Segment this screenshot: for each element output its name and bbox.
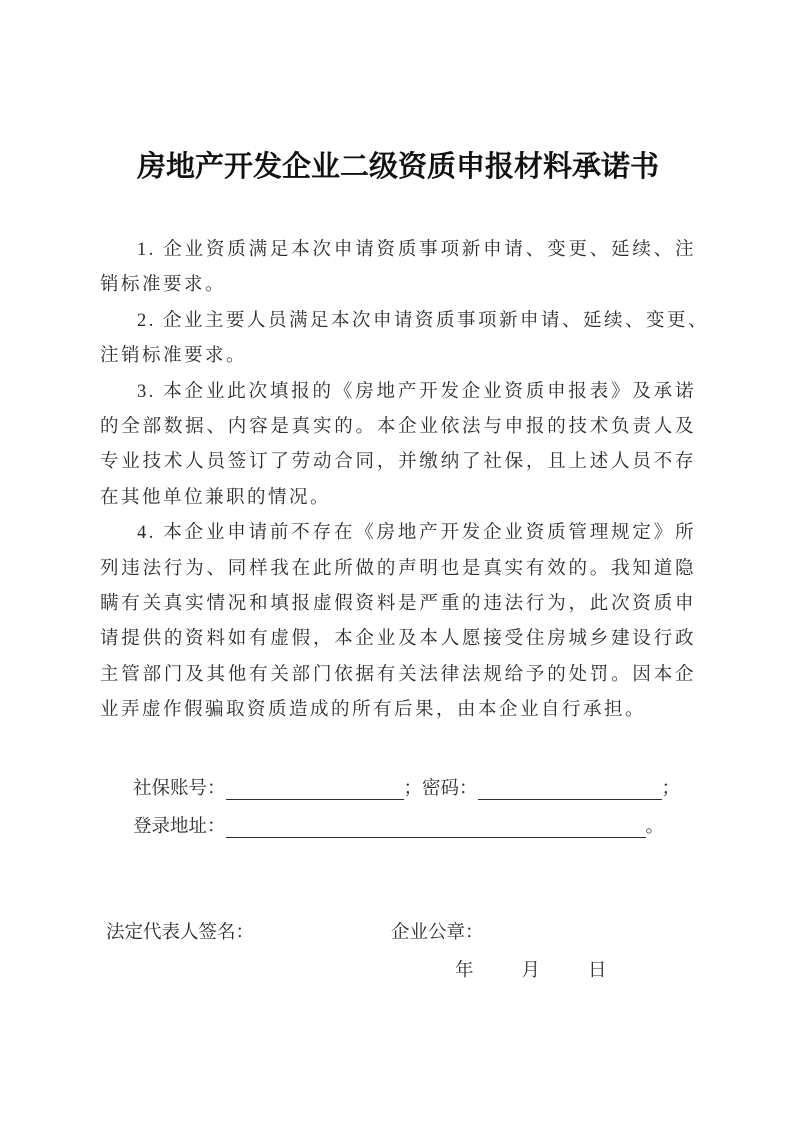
paragraph-1-line-2: 销标准要求。: [100, 268, 696, 303]
separator-semicolon-2: ；: [662, 779, 681, 799]
paragraph-3-line-4: 在其他单位兼职的情况。: [100, 481, 696, 516]
credentials-line-1: 社保账号：；密码：；: [100, 770, 696, 808]
paragraph-3: 3. 本企业此次填报的《房地产开发企业资质申报表》及承诺 的全部数据、内容是真实…: [100, 375, 696, 517]
paragraph-3-line-2: 的全部数据、内容是真实的。本企业依法与申报的技术负责人及: [100, 410, 696, 445]
paragraph-4-line-6: 业弄虚作假骗取资质造成的所有后果，由本企业自行承担。: [100, 693, 696, 728]
company-seal-label: 企业公章：: [391, 923, 484, 943]
terminator-period: 。: [646, 817, 665, 837]
paragraph-4-line-4: 请提供的资料如有虚假，本企业及本人愿接受住房城乡建设行政: [100, 622, 696, 657]
document-page: 房地产开发企业二级资质申报材料承诺书 1. 企业资质满足本次申请资质事项新申请、…: [0, 0, 794, 1123]
social-security-account-blank: [226, 775, 404, 800]
signature-line: 法定代表人签名：企业公章：: [100, 914, 696, 952]
social-security-account-label: 社保账号：: [133, 779, 226, 799]
paragraph-4-line-1: 4. 本企业申请前不存在《房地产开发企业资质管理规定》所: [100, 516, 696, 551]
login-address-label: 登录地址：: [133, 817, 226, 837]
separator-semicolon-1: ；: [404, 779, 423, 799]
document-title: 房地产开发企业二级资质申报材料承诺书: [100, 148, 696, 186]
paragraph-2-line-1: 2. 企业主要人员满足本次申请资质事项新申请、延续、变更、: [100, 304, 696, 339]
password-label: 密码：: [422, 779, 478, 799]
paragraph-4-line-3: 瞒有关真实情况和填报虚假资料是严重的违法行为，此次资质申: [100, 587, 696, 622]
password-blank: [478, 775, 662, 800]
paragraph-3-line-3: 专业技术人员签订了劳动合同，并缴纳了社保，且上述人员不存: [100, 445, 696, 480]
paragraph-4-line-2: 列违法行为、同样我在此所做的声明也是真实有效的。我知道隐: [100, 552, 696, 587]
date-month-label: 月: [522, 961, 541, 981]
paragraph-4: 4. 本企业申请前不存在《房地产开发企业资质管理规定》所 列违法行为、同样我在此…: [100, 516, 696, 728]
date-line: 年月日: [100, 952, 696, 990]
date-year-label: 年: [455, 961, 474, 981]
paragraph-3-line-1: 3. 本企业此次填报的《房地产开发企业资质申报表》及承诺: [100, 375, 696, 410]
paragraph-1: 1. 企业资质满足本次申请资质事项新申请、变更、延续、注 销标准要求。: [100, 233, 696, 304]
paragraph-4-line-5: 主管部门及其他有关部门依据有关法律法规给予的处罚。因本企: [100, 658, 696, 693]
paragraph-1-line-1: 1. 企业资质满足本次申请资质事项新申请、变更、延续、注: [100, 233, 696, 268]
login-address-blank: [226, 813, 646, 838]
paragraph-2: 2. 企业主要人员满足本次申请资质事项新申请、延续、变更、 注销标准要求。: [100, 304, 696, 375]
paragraph-2-line-2: 注销标准要求。: [100, 339, 696, 374]
credentials-line-2: 登录地址：。: [100, 808, 696, 846]
date-day-label: 日: [588, 961, 607, 981]
legal-representative-signature-label: 法定代表人签名：: [106, 914, 391, 952]
